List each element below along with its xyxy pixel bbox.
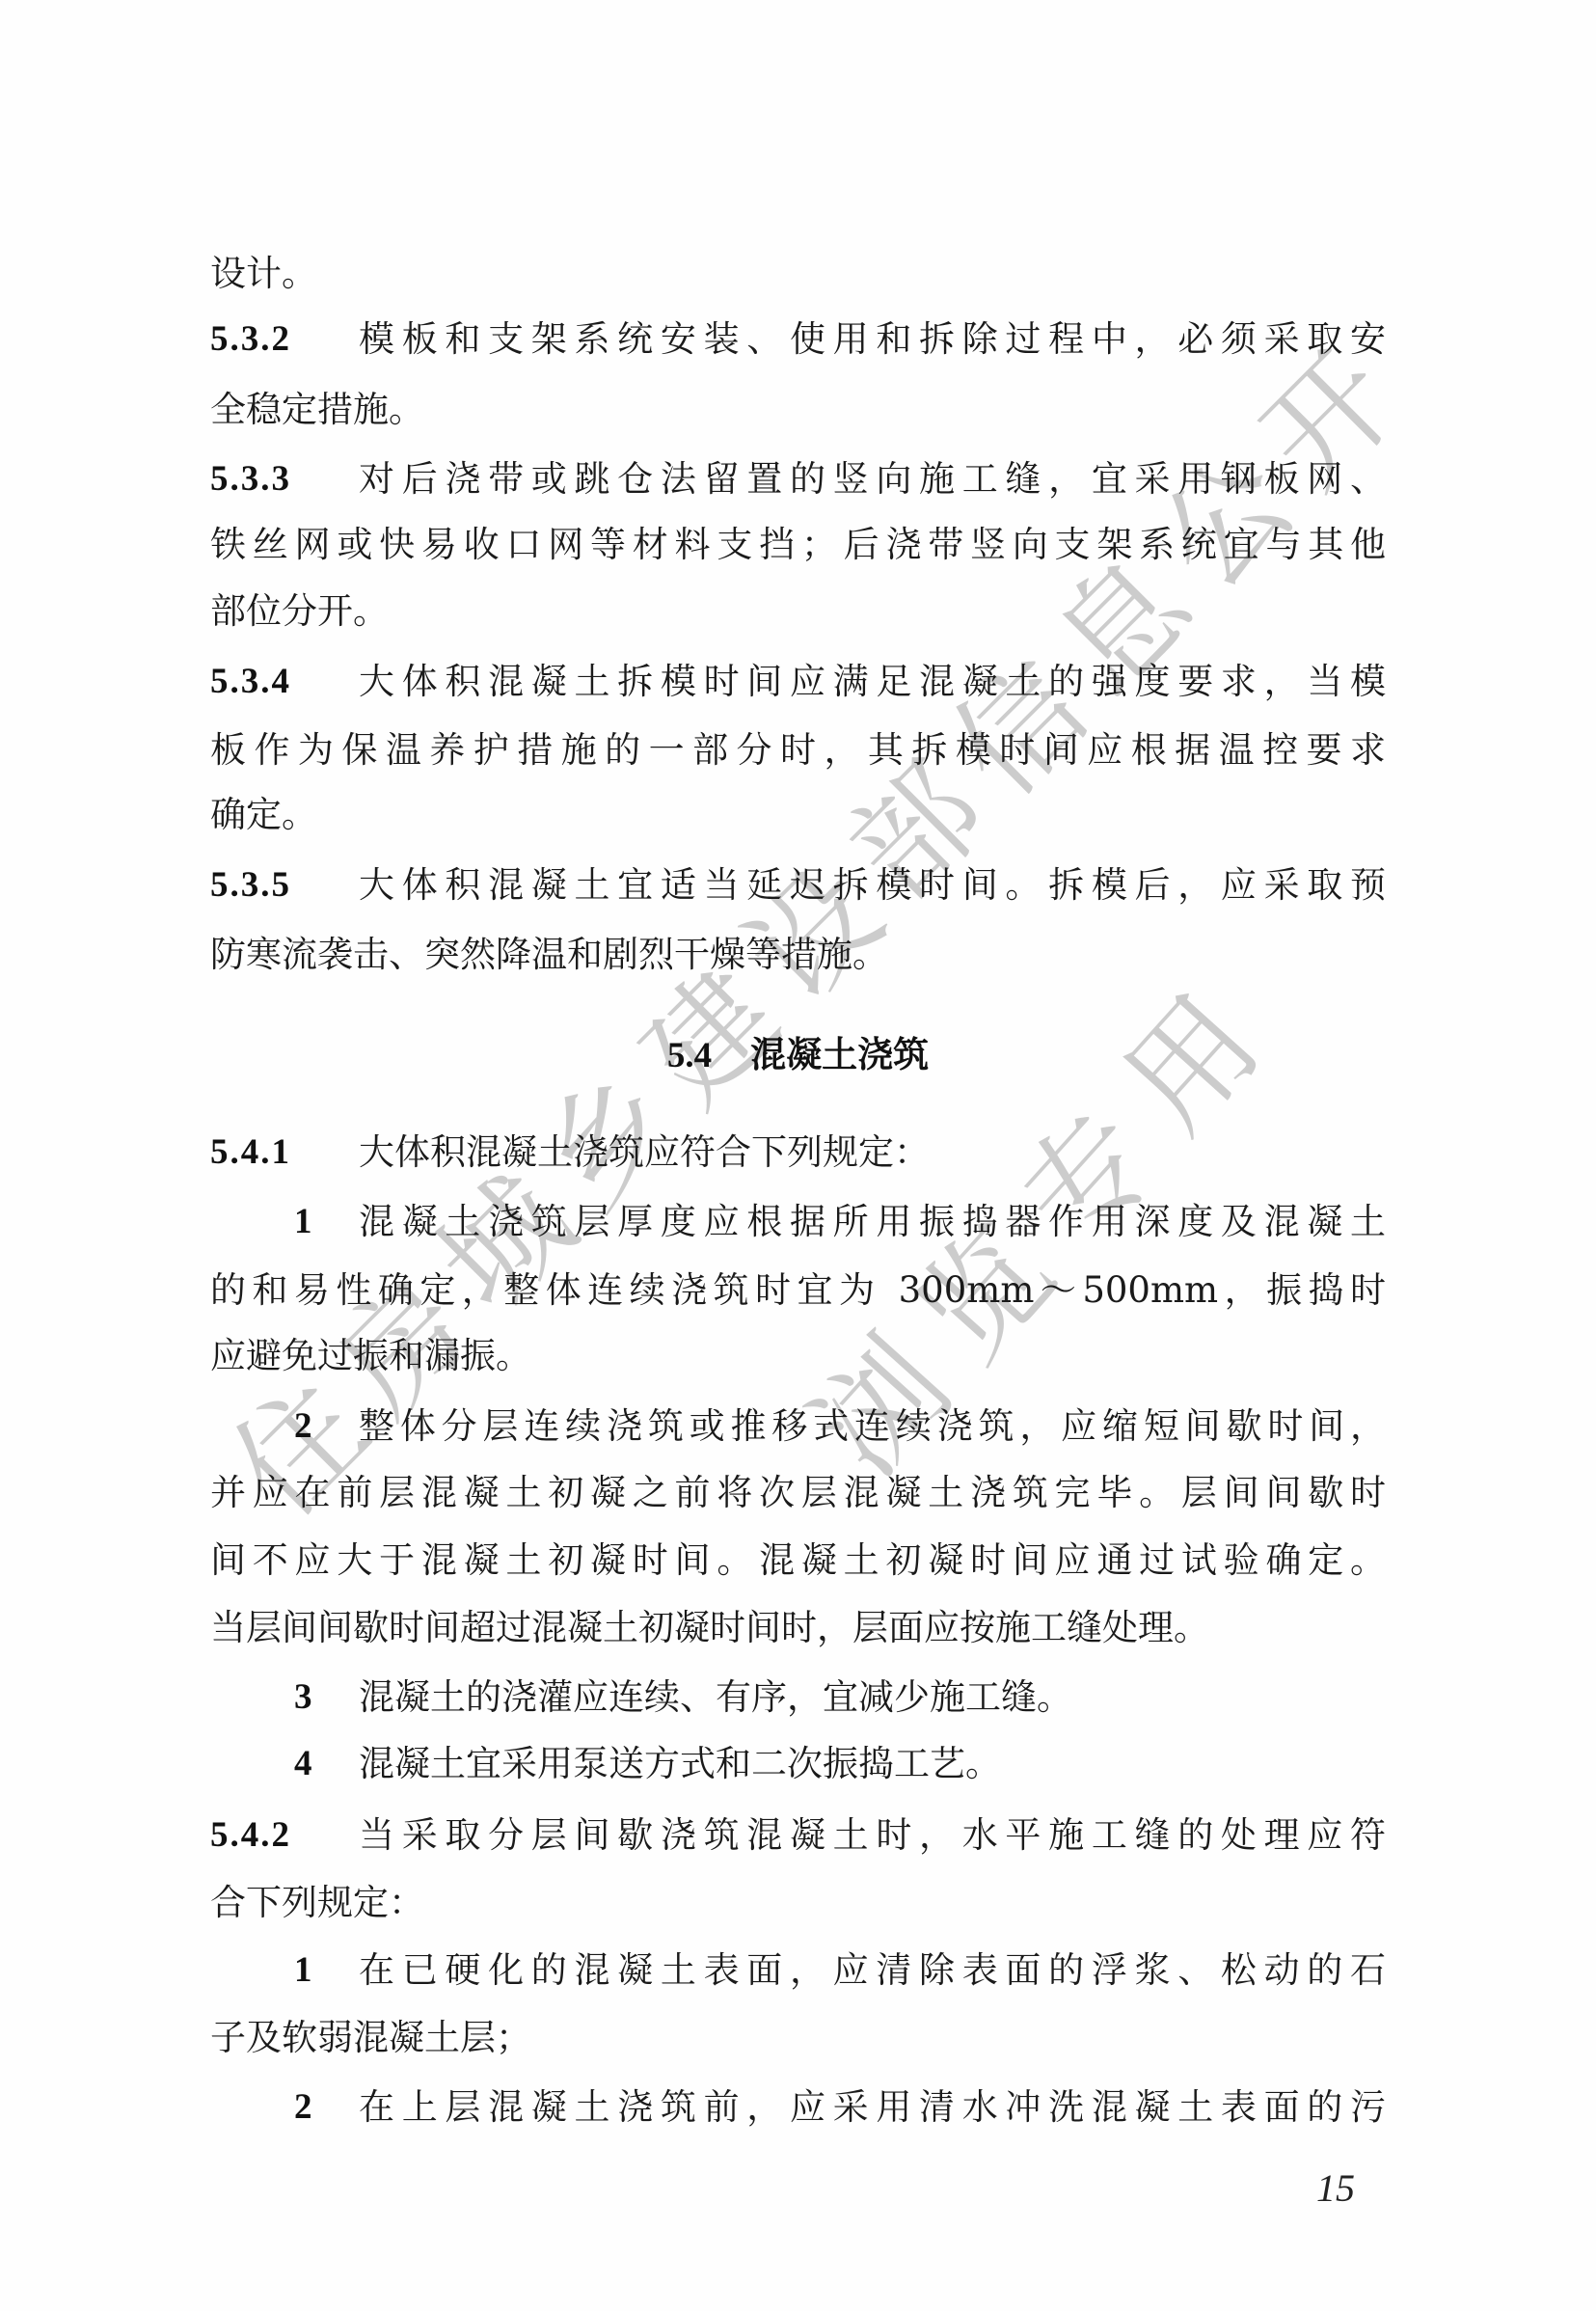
item-2: 2 整体分层连续浇筑或推移式连续浇筑，应缩短间歇时间， <box>210 1404 1386 1449</box>
item-1: 1 在已硬化的混凝土表面，应清除表面的浮浆、松动的石 <box>210 1948 1386 1993</box>
text-line: 当层间间歇时间超过混凝土初凝时间时，层面应按施工缝处理。 <box>210 1606 1386 1650</box>
line-text: 间不应大于混凝土初凝时间。混凝土初凝时间应通过试验确定。 <box>210 1538 1386 1583</box>
line-text: 子及软弱混凝土层； <box>210 2016 1386 2060</box>
clause-text: 当采取分层间歇浇筑混凝土时，水平施工缝的处理应符 <box>359 1813 1386 1858</box>
text-line: 的和易性确定，整体连续浇筑时宜为 300mm～500mm，振捣时 <box>210 1268 1386 1313</box>
clause-text: 大体积混凝土宜适当延迟拆模时间。拆模后，应采取预 <box>359 863 1386 908</box>
text-line: 并应在前层混凝土初凝之前将次层混凝土浇筑完毕。层间间歇时 <box>210 1471 1386 1515</box>
text-line: 确定。 <box>210 793 1386 837</box>
clause-5-4-2: 5.4.2 当采取分层间歇浇筑混凝土时，水平施工缝的处理应符 <box>210 1813 1386 1858</box>
text-line: 间不应大于混凝土初凝时间。混凝土初凝时间应通过试验确定。 <box>210 1538 1386 1583</box>
text-line: 应避免过振和漏振。 <box>210 1334 1386 1378</box>
clause-text: 模板和支架系统安装、使用和拆除过程中，必须采取安 <box>359 317 1386 362</box>
line-text: 并应在前层混凝土初凝之前将次层混凝土浇筑完毕。层间间歇时 <box>210 1471 1386 1515</box>
text-line: 合下列规定： <box>210 1881 1386 1925</box>
clause-5-3-5: 5.3.5 大体积混凝土宜适当延迟拆模时间。拆模后，应采取预 <box>210 863 1386 908</box>
item-text: 混凝土浇筑层厚度应根据所用振捣器作用深度及混凝土 <box>359 1200 1386 1244</box>
line-text: 防寒流袭击、突然降温和剧烈干燥等措施。 <box>210 933 1386 977</box>
clause-number: 5.3.4 <box>210 660 359 704</box>
item-2: 2 在上层混凝土浇筑前，应采用清水冲洗混凝土表面的污 <box>210 2085 1386 2130</box>
line-text: 当层间间歇时间超过混凝土初凝时间时，层面应按施工缝处理。 <box>210 1606 1386 1650</box>
line-text: 应避免过振和漏振。 <box>210 1334 1386 1378</box>
clause-number: 5.4.2 <box>210 1813 359 1858</box>
item-number: 1 <box>294 1200 359 1244</box>
section-heading: 5.4混凝土浇筑 <box>0 1032 1596 1078</box>
text-line: 板作为保温养护措施的一部分时，其拆模时间应根据温控要求 <box>210 728 1386 773</box>
item-text: 在上层混凝土浇筑前，应采用清水冲洗混凝土表面的污 <box>359 2085 1386 2130</box>
page-number: 15 <box>1302 2165 1369 2211</box>
item-text: 混凝土宜采用泵送方式和二次振捣工艺。 <box>359 1742 1386 1786</box>
item-text: 整体分层连续浇筑或推移式连续浇筑，应缩短间歇时间， <box>359 1404 1386 1449</box>
text-line: 防寒流袭击、突然降温和剧烈干燥等措施。 <box>210 933 1386 977</box>
line-text: 合下列规定： <box>210 1881 1386 1925</box>
item-1: 1 混凝土浇筑层厚度应根据所用振捣器作用深度及混凝土 <box>210 1200 1386 1244</box>
clause-text: 大体积混凝土浇筑应符合下列规定： <box>359 1130 1386 1175</box>
item-3: 3 混凝土的浇灌应连续、有序，宜减少施工缝。 <box>210 1675 1386 1720</box>
item-text: 在已硬化的混凝土表面，应清除表面的浮浆、松动的石 <box>359 1948 1386 1993</box>
item-number: 3 <box>294 1675 359 1720</box>
clause-5-4-1: 5.4.1 大体积混凝土浇筑应符合下列规定： <box>210 1130 1386 1175</box>
clause-5-3-3: 5.3.3 对后浇带或跳仓法留置的竖向施工缝，宜采用钢板网、 <box>210 457 1386 502</box>
item-number: 2 <box>294 1404 359 1449</box>
section-title: 混凝土浇筑 <box>750 1034 929 1075</box>
clause-number: 5.4.1 <box>210 1130 359 1175</box>
clause-number: 5.3.2 <box>210 317 359 362</box>
item-text: 混凝土的浇灌应连续、有序，宜减少施工缝。 <box>359 1675 1386 1720</box>
line-text: 全稳定措施。 <box>210 388 1386 432</box>
item-number: 4 <box>294 1742 359 1786</box>
line-text: 确定。 <box>210 793 1386 837</box>
text-line: 铁丝网或快易收口网等材料支挡；后浇带竖向支架系统宜与其他 <box>210 523 1386 567</box>
clause-number: 5.3.5 <box>210 863 359 908</box>
clause-5-3-4: 5.3.4 大体积混凝土拆模时间应满足混凝土的强度要求，当模 <box>210 660 1386 704</box>
line-text: 板作为保温养护措施的一部分时，其拆模时间应根据温控要求 <box>210 728 1386 773</box>
clause-5-3-2: 5.3.2 模板和支架系统安装、使用和拆除过程中，必须采取安 <box>210 317 1386 362</box>
item-number: 2 <box>294 2085 359 2130</box>
text-line: 子及软弱混凝土层； <box>210 2016 1386 2060</box>
line-text: 铁丝网或快易收口网等材料支挡；后浇带竖向支架系统宜与其他 <box>210 523 1386 567</box>
clause-text: 大体积混凝土拆模时间应满足混凝土的强度要求，当模 <box>359 660 1386 704</box>
text-line: 部位分开。 <box>210 589 1386 634</box>
item-number: 1 <box>294 1948 359 1993</box>
section-number: 5.4 <box>667 1036 712 1075</box>
item-4: 4 混凝土宜采用泵送方式和二次振捣工艺。 <box>210 1742 1386 1786</box>
document-page: 住房城乡建设部信息公开 浏览专用 设计。 5.3.2 模板和支架系统安装、使用和… <box>0 0 1596 2311</box>
line-text: 部位分开。 <box>210 589 1386 634</box>
clause-number: 5.3.3 <box>210 457 359 502</box>
text-line: 全稳定措施。 <box>210 388 1386 432</box>
clause-text: 对后浇带或跳仓法留置的竖向施工缝，宜采用钢板网、 <box>359 457 1386 502</box>
line-text: 的和易性确定，整体连续浇筑时宜为 300mm～500mm，振捣时 <box>210 1268 1386 1313</box>
text-line: 设计。 <box>210 252 1386 296</box>
line-text: 设计。 <box>210 252 1386 296</box>
